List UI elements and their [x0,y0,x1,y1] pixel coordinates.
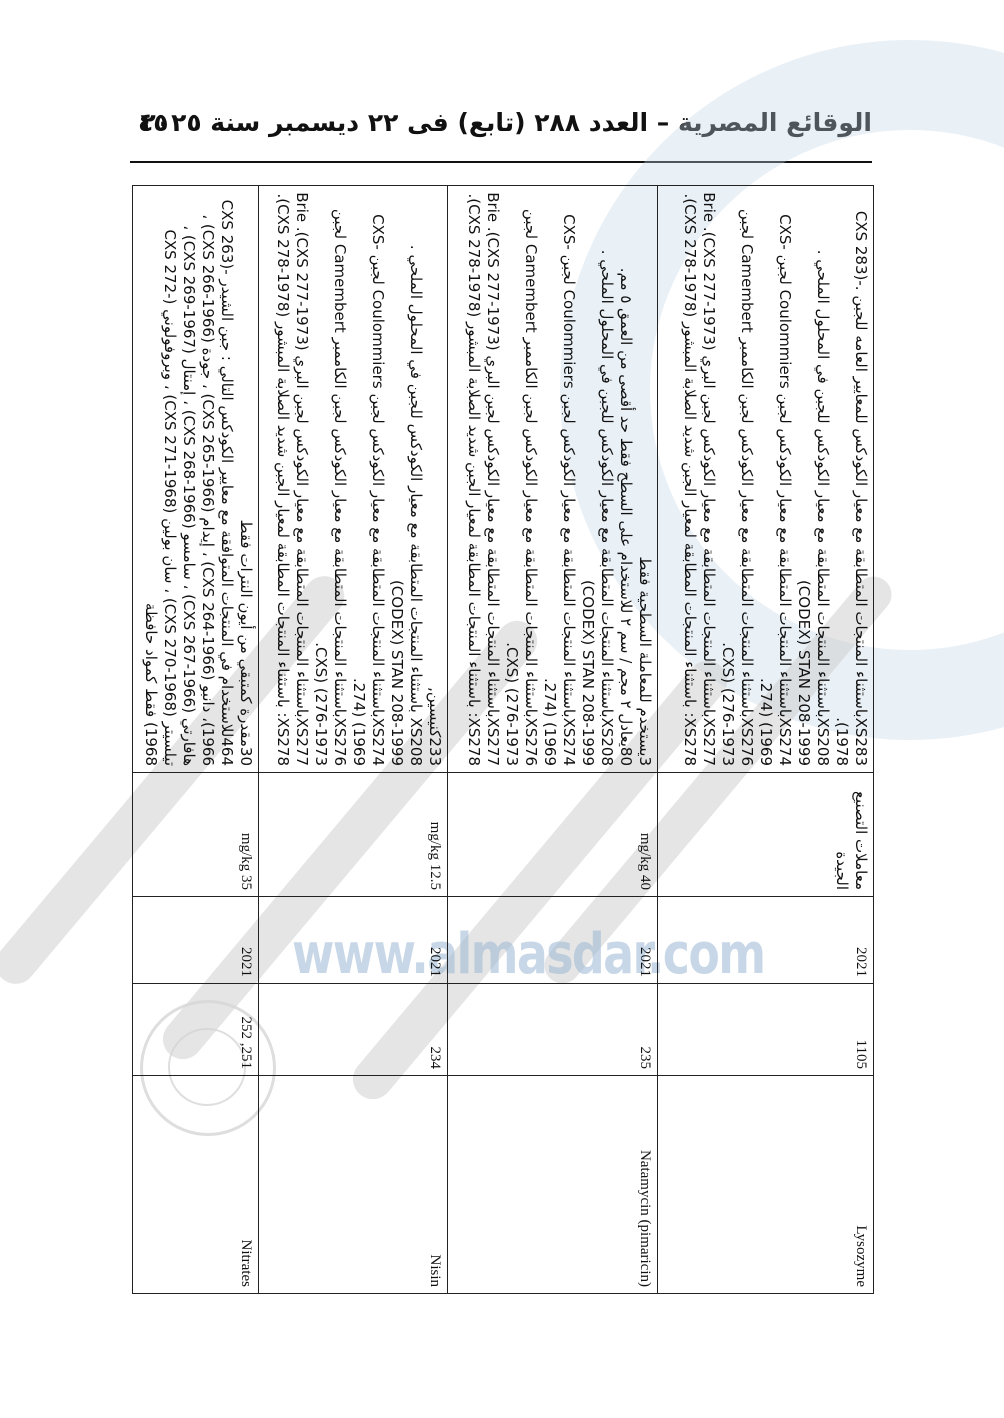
food-additives-table: Lysozyme11052021معاملات التصنيع الجيدةXS… [132,185,874,1294]
max-level-cell: معاملات التصنيع الجيدة [658,773,874,897]
note-line: 464للاستخدام في المنتجات المتوافقة مع مع… [141,192,236,766]
additive-name-cell: Nisin [259,1076,448,1294]
max-level-cell: 40 mg/kg [448,773,658,897]
additive-name-cell: Lysozyme [658,1076,874,1294]
note-line: 3يستخدم للمعاملة السطحية فقط [635,192,654,766]
table-row: Nitrates251, 252202135 mg/kg30مقدرة كمتب… [133,186,259,1294]
ins-number-cell: 1105 [658,984,874,1076]
note-line: 80يعادل ٢ مجم / سم ٢ للاستخدام على السطح… [616,192,635,766]
note-line: XS283باستثناء المنتجات المتطابقة مع معيا… [832,192,870,766]
note-line: XS278: باستثناء المنتجات المطابقة لمعيار… [680,192,699,766]
note-line: 233كنيسين, [425,192,444,766]
note-line: 30مقدرة كمتبقي من أيون النترات فقط [236,192,255,766]
max-level-cell: 12.5 mg/kg [259,773,448,897]
year-cell: 2021 [448,897,658,984]
table-row: Natamycin (pimaricin)235202140 mg/kg3يست… [448,186,658,1294]
note-line: XS208 باستثناء المنتجات المتطابقة مع معي… [387,192,425,766]
note-line: XS277باستثناء المنتجات المتطابقة مع معيا… [292,192,311,766]
ins-number-cell: 235 [448,984,658,1076]
additive-name-cell: Nitrates [133,1076,259,1294]
notes-cell: 3يستخدم للمعاملة السطحية فقط80يعادل ٢ مج… [448,186,658,773]
note-line: XS276باستثناء المنتجات المتطابقة مع معيا… [502,192,540,766]
table-row: Lysozyme11052021معاملات التصنيع الجيدةXS… [658,186,874,1294]
additives-table-container: Lysozyme11052021معاملات التصنيع الجيدةXS… [133,185,874,1293]
ins-number-cell: 251, 252 [133,984,259,1076]
note-line: XS278: باستثناء المنتجات المطابقة لمعيار… [273,192,292,766]
note-line: XS277باستثناء المنتجات المتطابقة مع معيا… [483,192,502,766]
ins-number-cell: 234 [259,984,448,1076]
additive-name-cell: Natamycin (pimaricin) [448,1076,658,1294]
page-number: ٤٥ [138,108,169,137]
notes-cell: 233كنيسين,XS208 باستثناء المنتجات المتطا… [259,186,448,773]
note-line: XS277باستثناء المنتجات المتطابقة مع معيا… [699,192,718,766]
note-line: XS276باستثناء المنتجات المتطابقة مع معيا… [718,192,756,766]
year-cell: 2021 [658,897,874,984]
note-line: XS274باستثناء المنتجات المتطابقة مع معيا… [540,192,578,766]
note-line: XS208باستثناء المنتجات المتطابقة مع معيا… [578,192,616,766]
note-line: XS274باستثناء المنتجات المتطابقة مع معيا… [756,192,794,766]
max-level-cell: 35 mg/kg [133,773,259,897]
year-cell: 2021 [133,897,259,984]
notes-cell: XS283باستثناء المنتجات المتطابقة مع معيا… [658,186,874,773]
note-line: XS276باستثناء المنتجات المتطابقة مع معيا… [311,192,349,766]
note-line: XS278: باستثناء المنتجات المطابقة لمعيار… [464,192,483,766]
year-cell: 2021 [259,897,448,984]
table-row: Nisin234202112.5 mg/kg233كنيسين,XS208 با… [259,186,448,1294]
note-line: XS208باستثناء المنتجات المتطابقة مع معيا… [794,192,832,766]
note-line: XS274باستثناء المنتجات المتطابقة مع معيا… [349,192,387,766]
notes-cell: 30مقدرة كمتبقي من أيون النترات فقط464للا… [133,186,259,773]
